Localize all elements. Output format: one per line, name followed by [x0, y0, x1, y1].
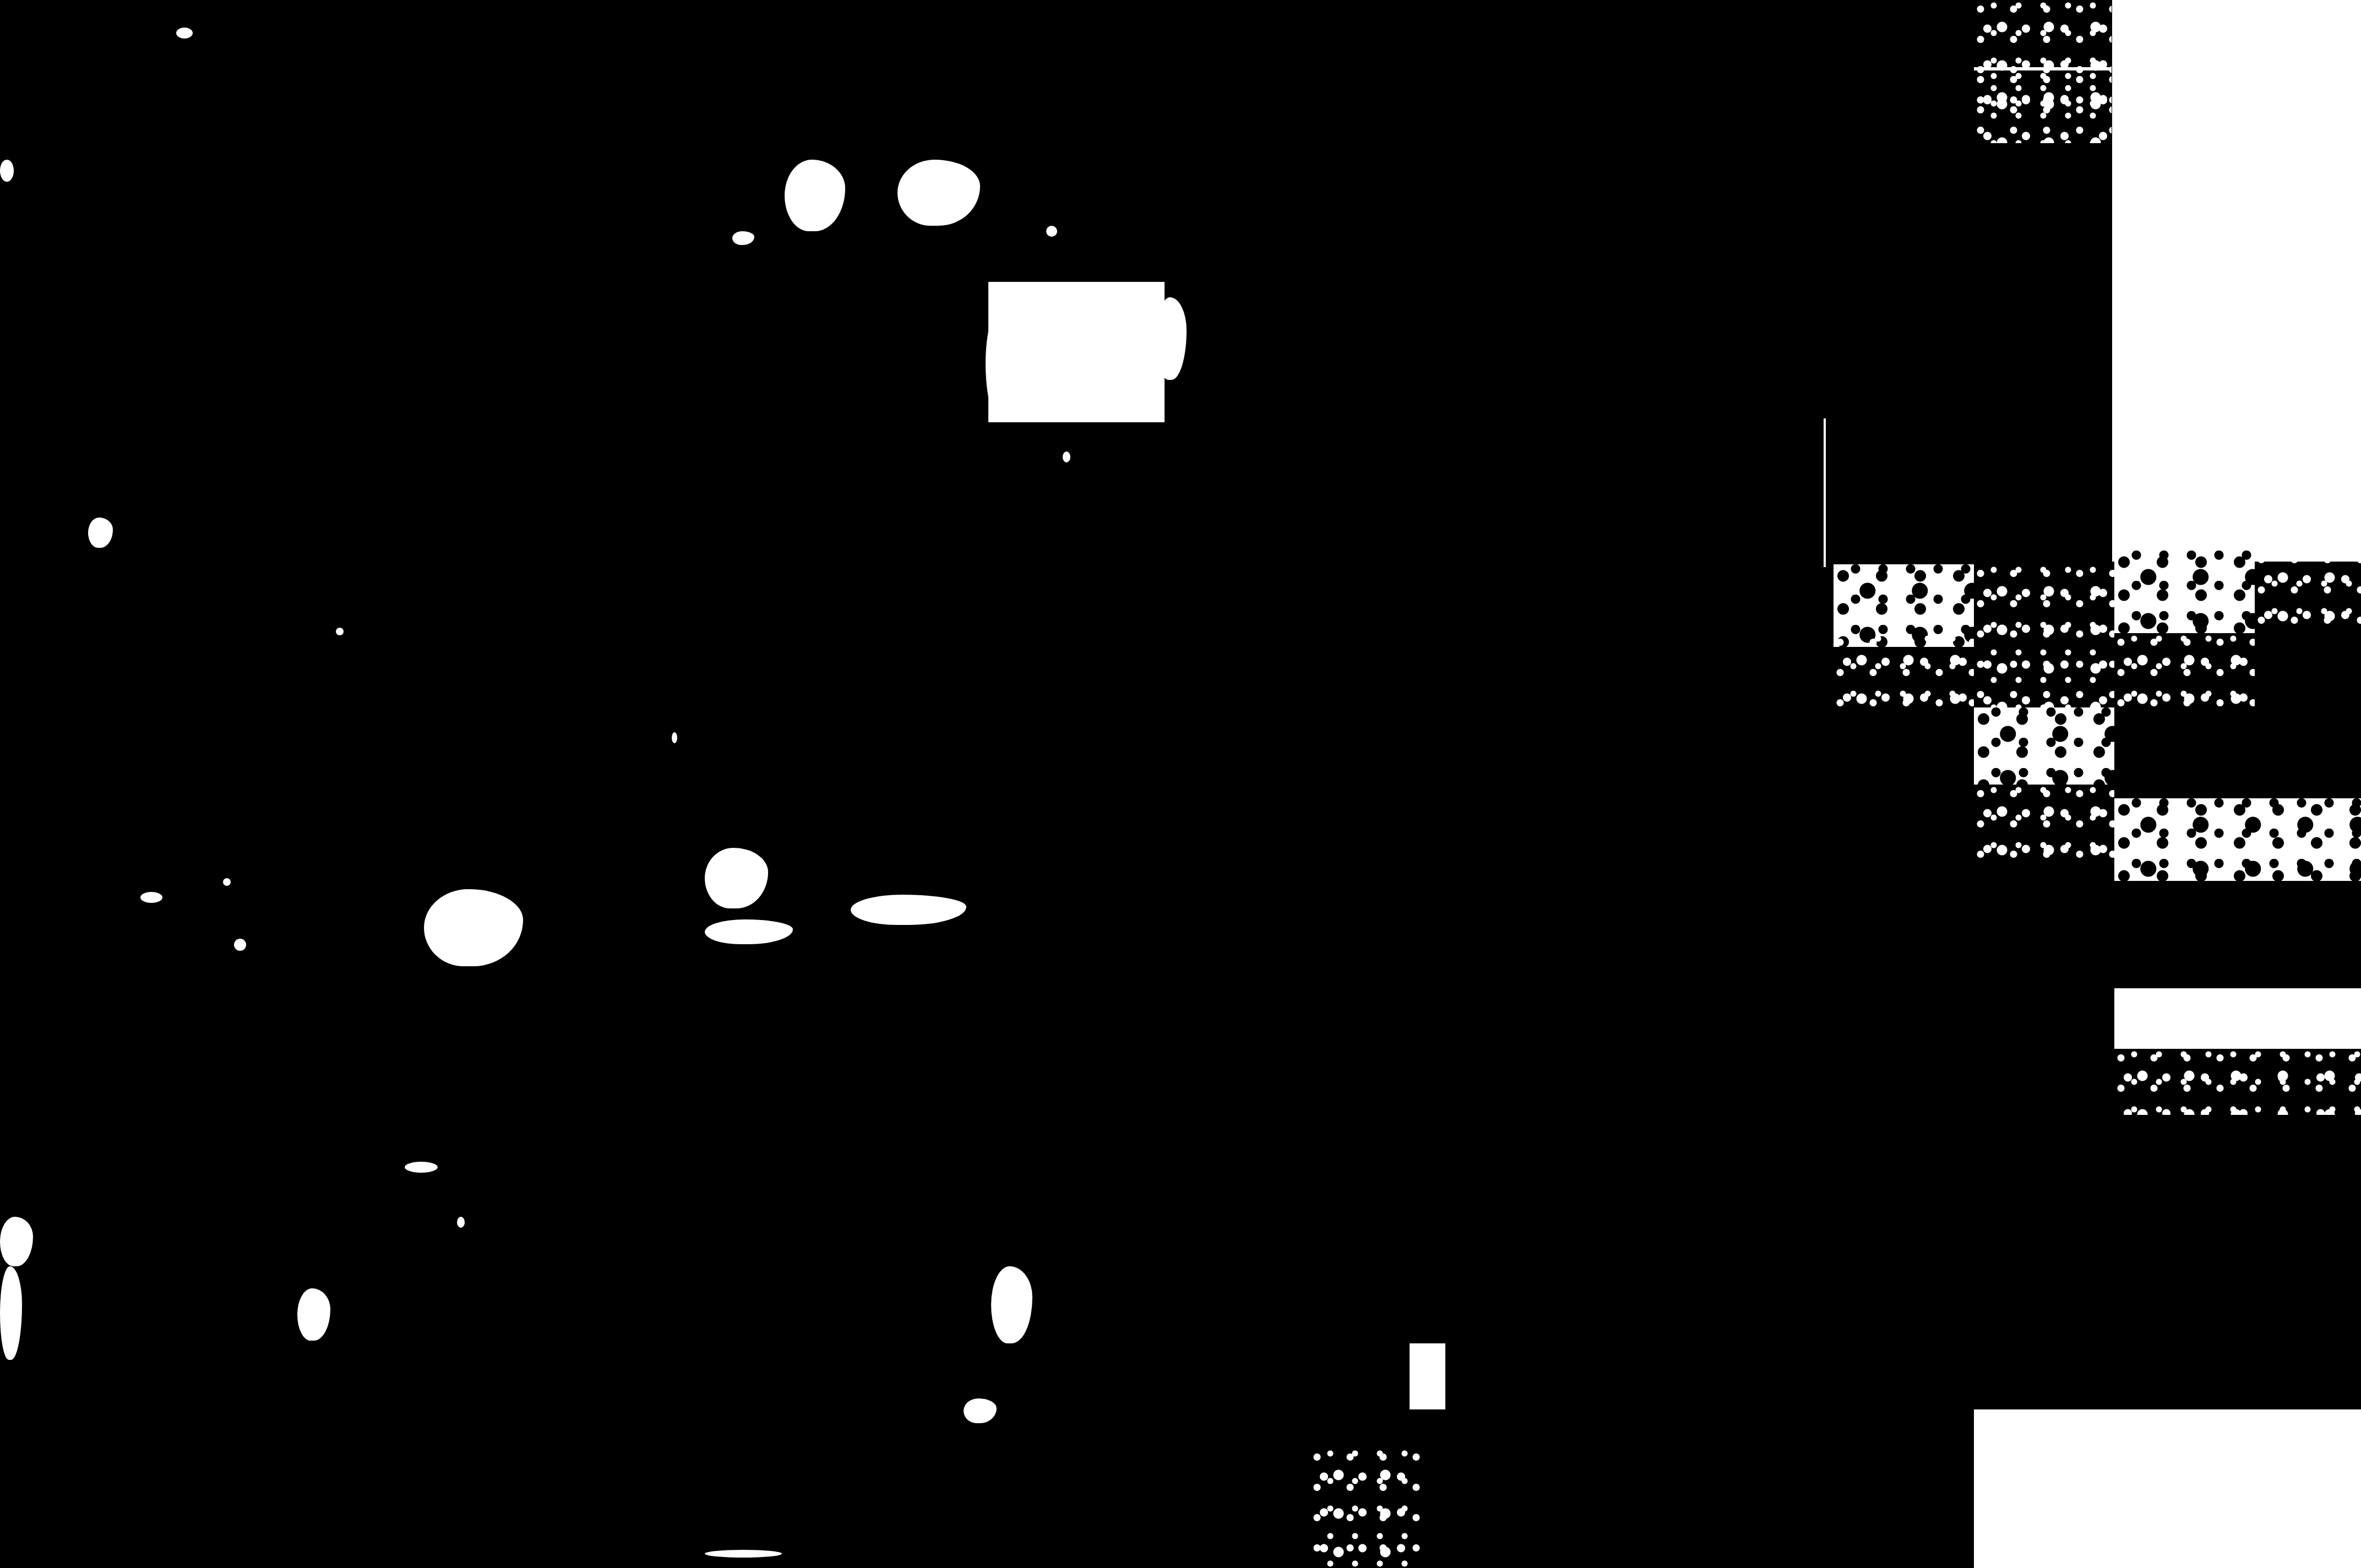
image-canvas [0, 0, 2361, 1568]
tile-r2c2 [1974, 707, 2114, 785]
speck [1046, 226, 1057, 237]
white-region-right-mid [2114, 988, 2361, 1049]
blob-upper-right [897, 160, 980, 226]
tile-r2c3 [2114, 633, 2255, 716]
blob-lower-left-3 [297, 1288, 330, 1341]
blob-midleft-3 [705, 919, 793, 944]
blob-midleft-1 [424, 889, 523, 966]
blob-lower-left-1 [0, 1217, 33, 1266]
speck [457, 1217, 465, 1228]
speck [705, 1550, 782, 1558]
speck [336, 628, 344, 635]
blob-upper-small [732, 231, 754, 245]
tile-r1c3 [2114, 551, 2255, 633]
white-block-bottom-right [1974, 1409, 2361, 1568]
blob-center-right-edge [1156, 297, 1187, 380]
blob-midleft-4 [851, 895, 966, 925]
speck [672, 732, 677, 743]
speck [223, 878, 231, 886]
tile-r3c2 [1974, 785, 2114, 864]
speck [234, 939, 246, 951]
tile-r4c3 [2114, 1049, 2361, 1115]
blob-midleft-2 [705, 848, 768, 908]
speck [0, 160, 14, 182]
tile-r3c3 [2114, 798, 2361, 881]
blob-left-1 [88, 518, 113, 548]
vertical-line [1824, 418, 1826, 567]
blob-lower-left-2 [0, 1266, 22, 1360]
white-shard-bottom [1410, 1343, 1445, 1409]
blob-upper-left [785, 160, 845, 231]
tile-r1c2 [1974, 564, 2114, 707]
noisy-tile-top-right-2 [1974, 70, 2112, 120]
speck [140, 892, 162, 903]
speck [405, 1162, 438, 1173]
blob-lower-mid-2 [964, 1398, 997, 1423]
tile-r2c1 [1834, 633, 1974, 716]
speck [1063, 451, 1070, 462]
noisy-bottom-center [1310, 1448, 1421, 1568]
speck [176, 28, 193, 39]
blob-lower-mid [991, 1266, 1032, 1343]
white-region-right-top [2112, 0, 2361, 562]
tile-r1c4 [2255, 551, 2361, 633]
